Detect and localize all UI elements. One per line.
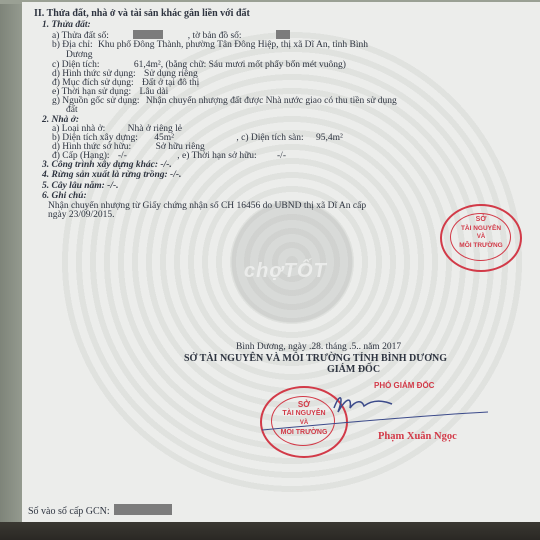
origin-value: Nhận chuyển nhượng đất được Nhà nước gia… (146, 96, 397, 106)
own-term-value: -/- (277, 151, 286, 161)
land-certificate-page: II. Thửa đất, nhà ở và tài sản khác gắn … (22, 2, 540, 522)
origin-row: g) Nguồn gốc sử dụng: Nhận chuyển nhượng… (52, 96, 397, 107)
notes-text-cont: ngày 23/09/2015. (48, 210, 115, 221)
official-stamp-top: SỞ TÀI NGUYÊN VÀ MÔI TRƯỜNG (440, 204, 522, 272)
address-row: b) Địa chỉ: Khu phố Đông Thành, phường T… (52, 40, 368, 51)
issuing-authority: SỞ TÀI NGUYÊN VÀ MÔI TRƯỜNG TỈNH BÌNH DƯ… (184, 353, 447, 364)
background-surface-bottom (0, 522, 540, 540)
registry-row: Số vào sổ cấp GCN: (28, 504, 172, 517)
watermark: chợTỐT (244, 260, 327, 283)
stamp-line-4: MÔI TRƯỜNG (442, 242, 520, 249)
issue-place-date: Bình Dương, ngày .28. tháng .5.. năm 201… (236, 342, 401, 353)
floor-area-value: 95,4m² (316, 133, 343, 143)
background-surface (0, 0, 24, 540)
stamp-line-3: VÀ (442, 234, 520, 240)
floor-area-label: , c) Diện tích sàn: (236, 133, 303, 143)
map-sheet-redacted (276, 30, 290, 39)
own-term-label: , e) Thời hạn sở hữu: (177, 151, 256, 161)
registry-label: Số vào sổ cấp GCN: (28, 506, 110, 517)
signer-role: GIÁM ĐỐC (327, 364, 380, 375)
parcel-number-redacted (133, 30, 163, 39)
stamp-line-1: SỞ (442, 216, 520, 223)
address-label: b) Địa chỉ: (52, 40, 93, 50)
production-forest: 4. Rừng sản xuất là rừng trồng: -/-. (42, 170, 181, 181)
signer-name: Phạm Xuân Ngọc (378, 431, 457, 442)
address-value: Khu phố Đông Thành, phường Tân Đông Hiệp… (98, 40, 368, 50)
section-title: II. Thửa đất, nhà ở và tài sản khác gắn … (34, 8, 250, 19)
registry-number-redacted (114, 504, 172, 515)
stamp-line-2: TÀI NGUYÊN (442, 225, 520, 232)
